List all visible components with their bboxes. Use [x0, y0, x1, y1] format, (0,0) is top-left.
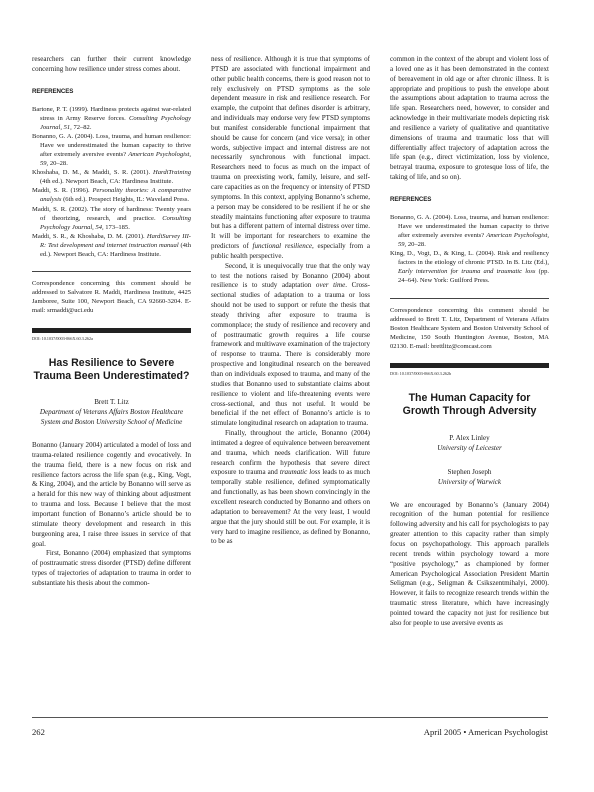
reference-item: Maddi, S. R. (2002). The story of hardin… [32, 205, 191, 232]
body-paragraph: Second, it is unequivocally true that th… [211, 262, 370, 429]
author-affiliation: University of Leicester [390, 443, 549, 453]
references-heading: REFERENCES [390, 195, 549, 205]
body-paragraph: First, Bonanno (2004) emphasized that sy… [32, 549, 191, 588]
column-middle: ness of resilience. Although it is true … [211, 55, 370, 547]
article-separator-bar [32, 328, 191, 333]
reference-item: Bonanno, G. A. (2004). Loss, trauma, and… [390, 213, 549, 249]
body-paragraph: Bonanno (January 2004) articulated a mod… [32, 441, 191, 549]
reference-item: Maddi, S. R., & Khoshaba, D. M. (2001). … [32, 232, 191, 259]
lead-paragraph: common in the context of the abrupt and … [390, 55, 549, 183]
author-affiliation: University of Warwick [390, 477, 549, 487]
correspondence-note: Correspondence concerning this comment s… [390, 306, 549, 351]
author-affiliation: Department of Veterans Affairs Boston He… [32, 407, 191, 427]
correspondence-note: Correspondence concerning this comment s… [32, 279, 191, 315]
page-number: 262 [32, 727, 45, 737]
author-name: Stephen Joseph [390, 467, 549, 477]
article-title: Has Resilience to Severe Trauma Been Und… [32, 357, 191, 384]
journal-footer: April 2005 • American Psychologist [424, 727, 548, 737]
reference-item: Bonanno, G. A. (2004). Loss, trauma, and… [32, 132, 191, 168]
column-right: common in the context of the abrupt and … [390, 55, 549, 629]
article-separator-bar [390, 363, 549, 368]
reference-item: King, D., Vogt, D., & King, L. (2004). R… [390, 249, 549, 285]
doi-line: DOI: 10.1037/0003-066X.60.3.262a [32, 336, 191, 342]
article-title: The Human Capacity for Growth Through Ad… [390, 392, 549, 419]
reference-item: Maddi, S. R. (1996). Personality theorie… [32, 186, 191, 204]
body-paragraph: Finally, throughout the article, Bonanno… [211, 429, 370, 547]
body-paragraph: We are encouraged by Bonanno’s (January … [390, 501, 549, 629]
column-left: researchers can further their current kn… [32, 55, 191, 589]
lead-paragraph: researchers can further their current kn… [32, 55, 191, 75]
references-heading: REFERENCES [32, 87, 191, 97]
footer-divider [32, 717, 548, 718]
reference-item: Bartone, P. T. (1999). Hardiness protect… [32, 105, 191, 132]
divider [32, 271, 191, 272]
body-paragraph: ness of resilience. Although it is true … [211, 55, 370, 262]
divider [390, 298, 549, 299]
author-name: Brett T. Litz [32, 397, 191, 407]
author-name: P. Alex Linley [390, 433, 549, 443]
doi-line: DOI: 10.1037/0003-066X.60.3.262b [390, 371, 549, 377]
reference-item: Khoshaba, D. M., & Maddi, S. R. (2001). … [32, 168, 191, 186]
